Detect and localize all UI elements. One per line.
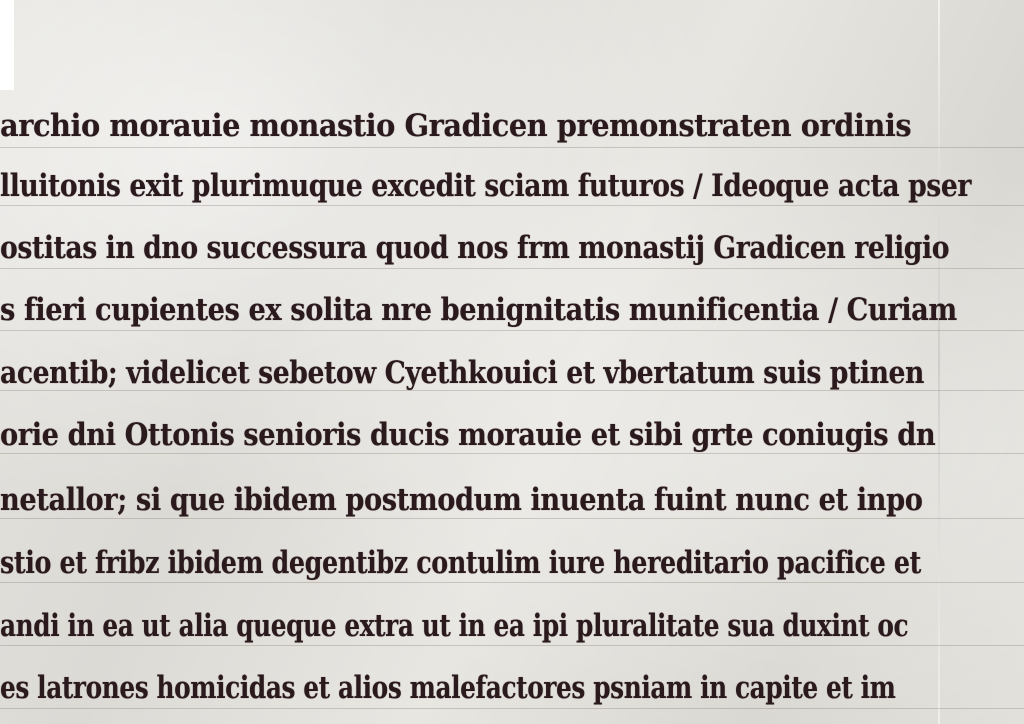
manuscript-line-8: stio et fribz ibidem degentibz contulim …	[0, 545, 853, 581]
manuscript-line-3: ostitas in dno successura quod nos frm m…	[0, 230, 894, 266]
ruled-line	[0, 518, 1024, 519]
manuscript-line-5: acentib; videlicet sebetow Cyethkouici e…	[0, 355, 894, 391]
ruled-line	[0, 645, 1024, 646]
manuscript-line-4: s fieri cupientes ex solita nre benignit…	[0, 292, 915, 328]
ruled-line	[0, 147, 1024, 148]
manuscript-line-7: netallor; si que ibidem postmodum inuent…	[0, 482, 915, 518]
manuscript-line-1: archio morauie monastio Gradicen premons…	[0, 108, 967, 144]
ruled-line	[0, 453, 1024, 454]
ruled-line	[0, 268, 1024, 269]
ruled-line	[0, 708, 1024, 709]
manuscript-line-6: orie dni Ottonis senioris ducis morauie …	[0, 417, 915, 453]
manuscript-line-9: andi in ea ut alia queque extra ut in ea…	[0, 608, 832, 644]
ruled-line	[0, 330, 1024, 331]
manuscript-line-2: lluitonis exit plurimuque excedit sciam …	[0, 168, 894, 204]
page-edge	[0, 0, 14, 90]
ruled-line	[0, 582, 1024, 583]
ruled-line	[0, 205, 1024, 206]
manuscript-line-10: es latrones homicidas et alios malefacto…	[0, 670, 832, 706]
